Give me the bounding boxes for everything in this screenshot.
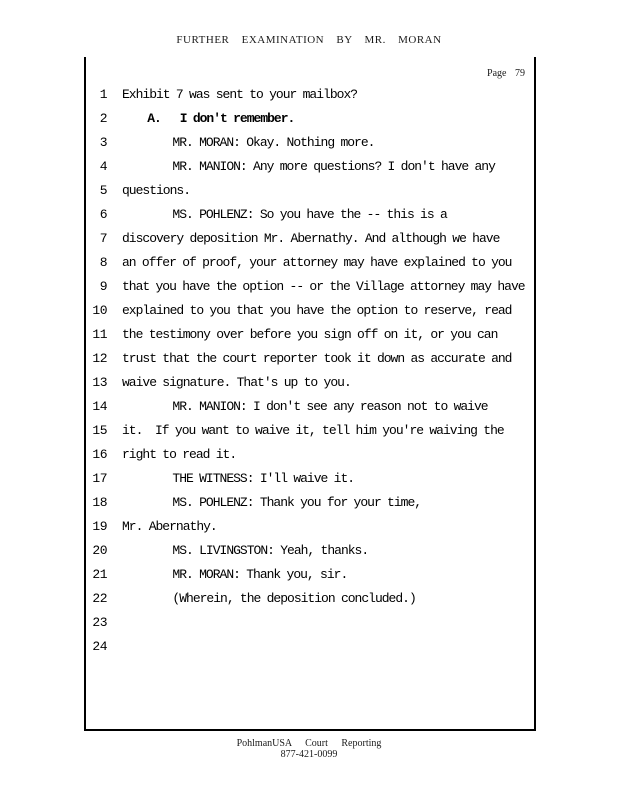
line-number: 15 (86, 419, 107, 443)
line-number: 1 (86, 83, 107, 107)
line-number: 18 (86, 491, 107, 515)
line-number: 17 (86, 467, 107, 491)
transcript-line: 6 MS. POHLENZ: So you have the -- this i… (86, 203, 534, 227)
line-text: right to read it. (122, 443, 236, 467)
page-border-box: Page 79 1Exhibit 7 was sent to your mail… (84, 57, 536, 731)
transcript-line: 9that you have the option -- or the Vill… (86, 275, 534, 299)
line-text: discovery deposition Mr. Abernathy. And … (122, 227, 499, 251)
line-number: 23 (86, 611, 107, 635)
line-text: MR. MORAN: Thank you, sir. (122, 563, 347, 587)
transcript-page: FURTHER EXAMINATION BY MR. MORAN Page 79… (0, 0, 618, 800)
line-number: 9 (86, 275, 107, 299)
line-text: MS. LIVINGSTON: Yeah, thanks. (122, 539, 368, 563)
line-text: an offer of proof, your attorney may hav… (122, 251, 511, 275)
transcript-line: 20 MS. LIVINGSTON: Yeah, thanks. (86, 539, 534, 563)
line-number: 20 (86, 539, 107, 563)
transcript-line: 12trust that the court reporter took it … (86, 347, 534, 371)
transcript-line: 7discovery deposition Mr. Abernathy. And… (86, 227, 534, 251)
transcript-line: 15it. If you want to waive it, tell him … (86, 419, 534, 443)
transcript-line: 3 MR. MORAN: Okay. Nothing more. (86, 131, 534, 155)
line-number: 2 (86, 107, 107, 131)
line-text: (Wherein, the deposition concluded.) (122, 587, 416, 611)
transcript-line: 19Mr. Abernathy. (86, 515, 534, 539)
transcript-line: 2 A. I don't remember. (86, 107, 534, 131)
line-text: questions. (122, 179, 190, 203)
line-number: 6 (86, 203, 107, 227)
line-number: 3 (86, 131, 107, 155)
line-text: explained to you that you have the optio… (122, 299, 511, 323)
examination-header: FURTHER EXAMINATION BY MR. MORAN (0, 34, 618, 46)
line-text: that you have the option -- or the Villa… (122, 275, 525, 299)
line-number: 14 (86, 395, 107, 419)
line-number: 22 (86, 587, 107, 611)
transcript-line: 22 (Wherein, the deposition concluded.) (86, 587, 534, 611)
line-text: MR. MANION: I don't see any reason not t… (122, 395, 488, 419)
line-number: 8 (86, 251, 107, 275)
line-number: 24 (86, 635, 107, 659)
line-text: trust that the court reporter took it do… (122, 347, 511, 371)
line-number: 4 (86, 155, 107, 179)
transcript-line: 21 MR. MORAN: Thank you, sir. (86, 563, 534, 587)
footer-company: PohlmanUSA Court Reporting (0, 738, 618, 749)
transcript-line: 8an offer of proof, your attorney may ha… (86, 251, 534, 275)
line-text: the testimony over before you sign off o… (122, 323, 497, 347)
line-text: Exhibit 7 was sent to your mailbox? (122, 83, 357, 107)
footer-phone: 877-421-0099 (0, 749, 618, 760)
line-number: 19 (86, 515, 107, 539)
footer: PohlmanUSA Court Reporting 877-421-0099 (0, 738, 618, 760)
line-number: 5 (86, 179, 107, 203)
line-number: 13 (86, 371, 107, 395)
line-number: 11 (86, 323, 107, 347)
line-text: THE WITNESS: I'll waive it. (122, 467, 354, 491)
transcript-body: 1Exhibit 7 was sent to your mailbox?2 A.… (86, 83, 534, 659)
line-text: MS. POHLENZ: Thank you for your time, (122, 491, 421, 515)
transcript-line: 24 (86, 635, 534, 659)
line-text: MS. POHLENZ: So you have the -- this is … (122, 203, 447, 227)
transcript-line: 5questions. (86, 179, 534, 203)
line-number: 7 (86, 227, 107, 251)
transcript-line: 11the testimony over before you sign off… (86, 323, 534, 347)
line-text: MR. MANION: Any more questions? I don't … (122, 155, 495, 179)
line-text: A. I don't remember. (122, 107, 294, 131)
transcript-line: 23 (86, 611, 534, 635)
line-number: 12 (86, 347, 107, 371)
transcript-line: 4 MR. MANION: Any more questions? I don'… (86, 155, 534, 179)
transcript-line: 17 THE WITNESS: I'll waive it. (86, 467, 534, 491)
page-number-label: Page 79 (487, 68, 525, 79)
line-text: it. If you want to waive it, tell him yo… (122, 419, 504, 443)
transcript-line: 13waive signature. That's up to you. (86, 371, 534, 395)
line-number: 16 (86, 443, 107, 467)
transcript-line: 10explained to you that you have the opt… (86, 299, 534, 323)
line-number: 10 (86, 299, 107, 323)
transcript-line: 1Exhibit 7 was sent to your mailbox? (86, 83, 534, 107)
transcript-line: 18 MS. POHLENZ: Thank you for your time, (86, 491, 534, 515)
transcript-line: 14 MR. MANION: I don't see any reason no… (86, 395, 534, 419)
transcript-line: 16right to read it. (86, 443, 534, 467)
line-text: waive signature. That's up to you. (122, 371, 351, 395)
line-number: 21 (86, 563, 107, 587)
line-text: Mr. Abernathy. (122, 515, 217, 539)
line-text: MR. MORAN: Okay. Nothing more. (122, 131, 374, 155)
